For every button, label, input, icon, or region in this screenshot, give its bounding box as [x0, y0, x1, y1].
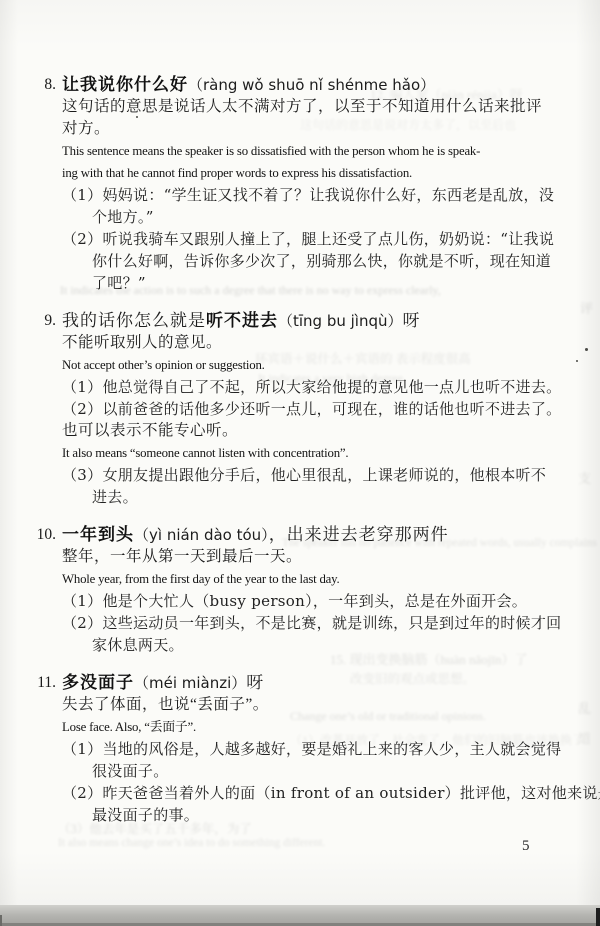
text-line: （1）妈妈说：“学生证又找不着了？让我说你什么好，东西老是乱放，没	[62, 184, 573, 206]
text-line: Lose face. Also, “丢面子”.	[62, 716, 573, 738]
entry-10: 10. 一年到头（yì nián dào tóu），出来进去老穿那两件 整年，一…	[33, 524, 573, 656]
entry-lines: 不能听取别人的意见。Not accept other’s opinion or …	[62, 332, 573, 508]
text-line: （2）以前爸爸的话他多少还听一点儿，可现在，谁的话他也听不进去了。	[62, 398, 573, 420]
text-line: 不能听取别人的意见。	[62, 332, 573, 354]
entry-header: 10. 一年到头（yì nián dào tóu），出来进去老穿那两件	[33, 524, 573, 546]
text-line: 个地方。”	[92, 206, 573, 228]
entry-number: 8.	[33, 74, 56, 96]
ghost-line: 乱	[578, 698, 591, 717]
headline-segment: （méi miànzi）	[134, 674, 246, 692]
headline-segment: （tīng bu jìnqù）	[278, 312, 403, 330]
text-line: 家休息两天。	[92, 634, 573, 656]
headline-segment: 呀	[246, 673, 264, 692]
text-line: Not accept other’s opinion or suggestion…	[62, 354, 573, 376]
text-line: （2）昨天爸爸当着外人的面（in front of an outsider）批评…	[62, 782, 573, 804]
text-line: ing with that he cannot find proper word…	[62, 162, 573, 184]
text-line: 对方。	[62, 118, 573, 140]
headline-segment: （ràng wǒ shuō nǐ shénme hǎo）	[188, 76, 435, 94]
ghost-line: 评	[580, 298, 593, 317]
headline-segment: （yì nián dào tóu）	[134, 526, 269, 544]
ink-speck	[585, 348, 588, 351]
headline-segment: 一年到头	[62, 525, 134, 544]
entry-headline: 我的话你怎么就是听不进去（tīng bu jìnqù）呀	[62, 310, 421, 332]
text-line: 最没面子的事。	[92, 804, 573, 826]
entry-8: 8. 让我说你什么好（ràng wǒ shuō nǐ shénme hǎo） 这…	[33, 74, 573, 294]
entry-headline: 一年到头（yì nián dào tóu），出来进去老穿那两件	[62, 524, 449, 546]
text-line: （2）这些运动员一年到头，不是比赛，就是训练，只是到过年的时候才回	[62, 612, 573, 634]
text-line: 很没面子。	[92, 760, 573, 782]
text-line: 这句话的意思是说话人太不满对方了，以至于不知道用什么话来批评	[62, 96, 573, 118]
text-line: 你什么好啊，告诉你多少次了，别骑那么快，你就是不听，现在知道	[92, 250, 573, 272]
entry-header: 11. 多没面子（méi miànzi）呀	[33, 672, 573, 694]
text-line: （3）女朋友提出跟他分手后，他心里很乱，上课老师说的，他根本听不	[62, 464, 573, 486]
text-line: 进去。	[92, 486, 573, 508]
scanned-page: 8. 让我说你什么好（ràng wǒ shuō nǐ shénme hǎo） 这…	[0, 0, 600, 926]
scan-corner-right	[596, 908, 600, 926]
text-line: 失去了体面，也说“丢面子”。	[62, 694, 573, 716]
text-line: This sentence means the speaker is so di…	[62, 140, 573, 162]
scan-corner-left	[0, 915, 2, 926]
entry-11: 11. 多没面子（méi miànzi）呀 失去了体面，也说“丢面子”。Lose…	[33, 672, 573, 826]
text-line: 整年，一年从第一天到最后一天。	[62, 546, 573, 568]
entry-lines: 失去了体面，也说“丢面子”。Lose face. Also, “丢面子”.（1）…	[62, 694, 573, 826]
text-line: （2）听说我骑车又跟别人撞上了，腿上还受了点儿伤，奶奶说：“让我说	[62, 228, 573, 250]
headline-segment: 让我说你什么好	[62, 75, 188, 94]
page-content: 8. 让我说你什么好（ràng wǒ shuō nǐ shénme hǎo） 这…	[33, 74, 573, 842]
headline-segment: 多没面子	[62, 673, 134, 692]
entry-number: 10.	[33, 524, 56, 546]
entry-header: 8. 让我说你什么好（ràng wǒ shuō nǐ shénme hǎo）	[33, 74, 573, 96]
entry-number: 9.	[33, 310, 56, 332]
entry-9: 9. 我的话你怎么就是听不进去（tīng bu jìnqù）呀 不能听取别人的意…	[33, 310, 573, 508]
text-line: （1）当地的风俗是，人越多越好，要是婚礼上来的客人少，主人就会觉得	[62, 738, 573, 760]
ghost-line: 支	[578, 468, 591, 487]
text-line: Whole year, from the first day of the ye…	[62, 568, 573, 590]
text-line: 了吧？”	[92, 272, 573, 294]
headline-segment: 听不进去	[206, 311, 278, 330]
entry-lines: 这句话的意思是说话人太不满对方了，以至于不知道用什么话来批评对方。This se…	[62, 96, 573, 294]
headline-segment: 我的话你怎么就是	[62, 311, 206, 330]
text-line: It also means “someone cannot listen wit…	[62, 442, 573, 464]
entry-headline: 多没面子（méi miànzi）呀	[62, 672, 264, 694]
headline-segment: 呀	[403, 311, 421, 330]
text-line: （1）他是个大忙人（busy person），一年到头，总是在外面开会。	[62, 590, 573, 612]
entry-number: 11.	[33, 672, 56, 694]
headline-segment: ，出来进去老穿那两件	[269, 525, 449, 544]
page-number: 5	[522, 838, 530, 855]
text-line: （1）他总觉得自己了不起，所以大家给他提的意见他一点儿也听不进去。	[62, 376, 573, 398]
ghost-line: 道	[578, 728, 591, 747]
ink-speck	[576, 360, 578, 362]
entry-headline: 让我说你什么好（ràng wǒ shuō nǐ shénme hǎo）	[62, 74, 435, 96]
entry-header: 9. 我的话你怎么就是听不进去（tīng bu jìnqù）呀	[33, 310, 573, 332]
entry-lines: 整年，一年从第一天到最后一天。Whole year, from the firs…	[62, 546, 573, 656]
text-line: 也可以表示不能专心听。	[62, 420, 573, 442]
